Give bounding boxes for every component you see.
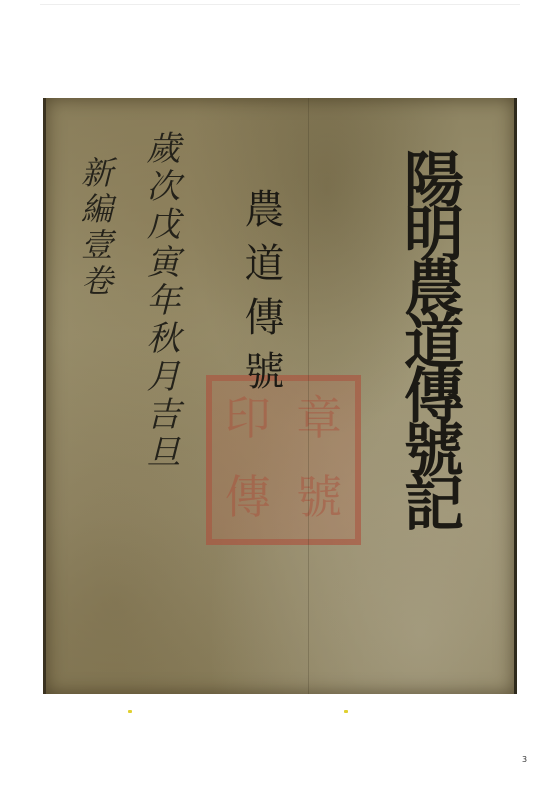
seal-glyph: 號	[284, 460, 356, 539]
page-number: 3	[522, 755, 527, 764]
page-edge-rule	[40, 4, 520, 5]
seal-glyph: 傳	[212, 460, 284, 539]
paper-speck	[344, 710, 348, 713]
date-inscription: 歲次戊寅年秋月吉旦	[136, 130, 185, 472]
seal-glyph: 章	[284, 381, 356, 460]
cover-main-title: 陽明農道傳號記	[386, 148, 472, 526]
book-cover-scan: 印 章 傳 號 陽明農道傳號記 農道傳號 歲次戊寅年秋月吉旦 新編壹卷	[43, 98, 517, 694]
volume-label: 新編壹卷	[72, 156, 118, 300]
paper-speck	[128, 710, 132, 713]
cover-subtitle: 農道傳號	[233, 188, 290, 404]
